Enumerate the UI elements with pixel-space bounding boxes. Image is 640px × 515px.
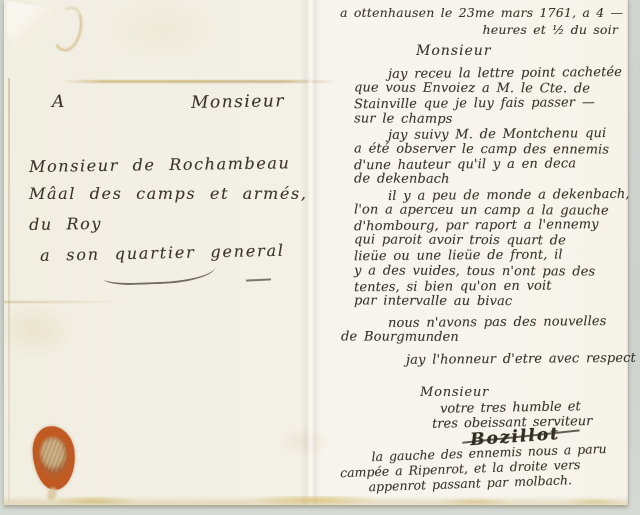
letter-line: par intervalle au bivac (354, 293, 634, 309)
address-header: A Monsieur (52, 92, 292, 112)
stained-bottom-edge (4, 496, 628, 508)
address-line: Mâal des camps et armés, (29, 179, 309, 208)
addressee-salutation: Monsieur (191, 91, 285, 113)
address-line: Monsieur de Rochambeau (29, 148, 309, 181)
letter-line: de dekenbach (354, 172, 634, 188)
letter-line: y a des vuides, tous n'ont pas des (354, 263, 634, 279)
scanned-letter-image: A Monsieur Monsieur de Rochambeau Mâal d… (0, 0, 640, 515)
letter-line: il y a peu de monde a dekenbach, (354, 186, 634, 204)
addressee-prefix: A (52, 92, 82, 112)
dateline-place-date: a ottenhausen le 23me mars 1761, a 4 — (340, 4, 632, 21)
closing-block: Monsieur votre tres humble et tres obeis… (354, 385, 632, 430)
letter-line: Stainville que je luy fais passer — (354, 95, 634, 113)
letter-body: jay receu la lettre point cachetée que v… (354, 66, 634, 367)
closing-salutation: Monsieur (420, 385, 632, 400)
letter-paper: A Monsieur Monsieur de Rochambeau Mâal d… (4, 0, 628, 505)
postscript-block: la gauche des ennemis nous a paru campée… (339, 441, 640, 496)
left-sheet-edge (8, 78, 10, 502)
dateline: a ottenhausen le 23me mars 1761, a 4 — h… (340, 4, 632, 38)
dateline-time: heures et ½ du soir (340, 21, 632, 38)
letter-line: sur le champs (354, 111, 634, 127)
underline-flourish (104, 266, 216, 286)
crease-line-top (62, 80, 338, 83)
address-block: Monsieur de Rochambeau Mâal des camps et… (29, 150, 309, 237)
letter-line: lieüe ou une lieüe de front, il (354, 247, 634, 265)
salutation: Monsieur (416, 43, 491, 59)
letter-line: jay l'honneur d'etre avec respect (354, 350, 634, 368)
address-line: du Roy (29, 206, 309, 239)
crease-line-lower (4, 301, 122, 303)
wax-seal-imprint (40, 437, 68, 473)
pen-dash (246, 278, 271, 281)
letter-line: de Bourgmunden (341, 330, 634, 346)
wax-seal (31, 425, 77, 492)
address-quartier-line: a son quartier general (40, 240, 310, 265)
